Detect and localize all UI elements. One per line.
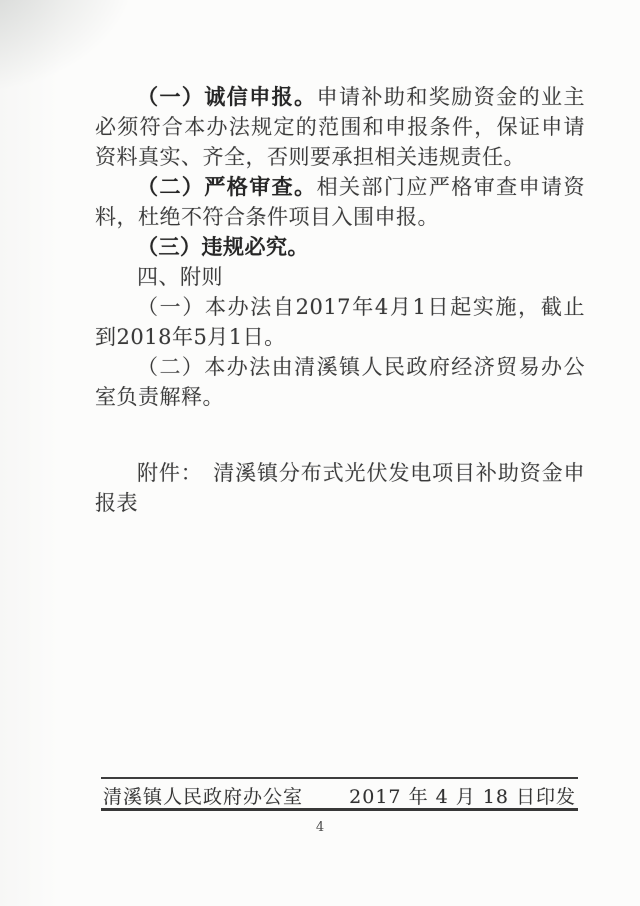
paragraph-honest-declaration: （一）诚信申报。申请补助和奖励资金的业主必须符合本办法规定的范围和申报条件，保证… [95, 82, 585, 172]
page-number: 4 [0, 820, 640, 835]
document-body: （一）诚信申报。申请补助和奖励资金的业主必须符合本办法规定的范围和申报条件，保证… [95, 82, 585, 518]
paragraph-text: 四、附则 [137, 265, 223, 289]
footer-row: 清溪镇人民政府办公室 2017 年 4 月 18 日印发 [101, 779, 578, 808]
paragraph-violations-pursued: （三）违规必究。 [95, 232, 585, 262]
footer-print-date: 2017 年 4 月 18 日印发 [349, 782, 576, 809]
paragraph-lead: （一）诚信申报。 [137, 84, 317, 109]
paragraph-interpretation: （二）本办法由清溪镇人民政府经济贸易办公室负责解释。 [95, 352, 585, 412]
section-heading-supplementary: 四、附则 [95, 262, 585, 292]
paragraph-strict-review: （二）严格审查。相关部门应严格审查申请资料，杜绝不符合条件项目入围申报。 [95, 172, 585, 232]
paragraph-lead: （三）违规必究。 [137, 234, 309, 259]
scanned-document-page: （一）诚信申报。申请补助和奖励资金的业主必须符合本办法规定的范围和申报条件，保证… [0, 0, 640, 906]
document-footer: 清溪镇人民政府办公室 2017 年 4 月 18 日印发 [101, 777, 578, 811]
paragraph-lead: （二）严格审查。 [137, 174, 317, 199]
paragraph-text: （一）本办法自2017年4月1日起实施，截止到2018年5月1日。 [95, 295, 585, 349]
footer-issuer: 清溪镇人民政府办公室 [103, 782, 303, 809]
attachment-label: 附件： [137, 461, 203, 485]
attachment-line: 附件：清溪镇分布式光伏发电项目补助资金申报表 [95, 458, 585, 518]
paragraph-effective-dates: （一）本办法自2017年4月1日起实施，截止到2018年5月1日。 [95, 292, 585, 352]
paragraph-text: （二）本办法由清溪镇人民政府经济贸易办公室负责解释。 [95, 355, 585, 409]
